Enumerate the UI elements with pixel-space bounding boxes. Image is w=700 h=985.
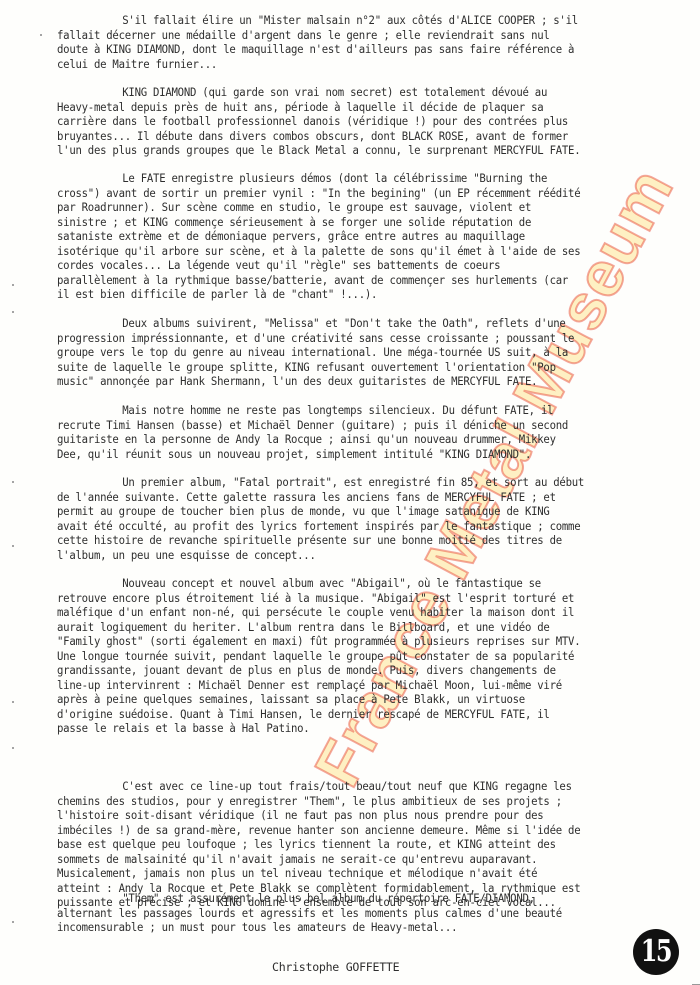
text-line: il est bien difficile de parler là de "c… xyxy=(57,287,645,302)
text-line: sinistre ; et KING commençe sérieusement… xyxy=(57,215,645,230)
text-line: grandissante, jouant devant de plus en p… xyxy=(57,663,645,678)
text-line: music" annonçée par Hank Shermann, l'un … xyxy=(57,374,645,389)
text-line: chemins des studios, pour y enregistrer … xyxy=(57,794,645,809)
scan-speck xyxy=(12,481,14,483)
text-line: maléfique d'un enfant non-né, qui perséc… xyxy=(57,605,645,620)
text-line: base est quelque peu loufoque ; les lyri… xyxy=(57,837,645,852)
page-number-badge: 15 xyxy=(633,929,679,975)
text-line: "Family ghost" (sorti également en maxi)… xyxy=(57,634,645,649)
text-line: alternant les passages lourds et agressi… xyxy=(57,906,645,921)
text-line: "Them" est assurément le plus bel album … xyxy=(57,891,645,906)
scan-speck xyxy=(12,284,14,286)
text-line: passe le relais et la basse à Hal Patino… xyxy=(57,721,645,736)
text-line: parallèlement à la rythmique basse/batte… xyxy=(57,273,645,288)
text-line: KING DIAMOND (qui garde son vrai nom sec… xyxy=(57,85,645,100)
text-line: cordes vocales... La légende veut qu'il … xyxy=(57,258,645,273)
paragraph-conclusion: "Them" est assurément le plus bel album … xyxy=(57,891,697,935)
text-line: incomensurable ; un must pour tous les a… xyxy=(57,920,645,935)
text-line: Heavy-metal depuis près de huit ans, pér… xyxy=(57,100,645,115)
text-line: guitariste en la personne de Andy la Roc… xyxy=(57,432,645,447)
text-line: retrouve encore plus étroitement lié à l… xyxy=(57,591,645,606)
scan-speck xyxy=(12,545,14,547)
scan-speck xyxy=(12,701,14,703)
text-line: par Roadrunner). Sur scène comme en stud… xyxy=(57,200,645,215)
text-line: fallait décerner une médaille d'argent d… xyxy=(57,28,645,43)
text-line: Mais notre homme ne reste pas longtemps … xyxy=(57,403,645,418)
text-line: sommets de malsainité qu'il n'avait jama… xyxy=(57,852,645,867)
scan-speck xyxy=(40,34,42,36)
text-line: après à peine quelques semaines, laissan… xyxy=(57,692,645,707)
text-line: imbéciles !) de sa grand-mère, revenue h… xyxy=(57,823,645,838)
text-line: Dee, qu'il réunit sous un nouveau projet… xyxy=(57,447,645,462)
text-line: line-up intervinrent : Michaël Denner es… xyxy=(57,678,645,693)
text-line: doute à KING DIAMOND, dont le maquillage… xyxy=(57,42,645,57)
paragraph-fate-demos: Le FATE enregistre plusieurs démos (dont… xyxy=(57,171,697,302)
magazine-page: France Metal Museum S'il fallait élire u… xyxy=(0,0,700,985)
text-line: Deux albums suivirent, "Melissa" et "Don… xyxy=(57,316,645,331)
paragraph-origins: KING DIAMOND (qui garde son vrai nom sec… xyxy=(57,85,697,158)
text-line: C'est avec ce line-up tout frais/tout be… xyxy=(57,779,645,794)
text-line: carrière dans le football professionnel … xyxy=(57,114,645,129)
text-line: groupe vers le top du genre au niveau in… xyxy=(57,345,645,360)
text-line: d'origine suédoise. Quant à Timi Hansen,… xyxy=(57,707,645,722)
paragraph-new-project: Mais notre homme ne reste pas longtemps … xyxy=(57,403,697,461)
text-line: bruyantes... Il débute dans divers combo… xyxy=(57,129,645,144)
text-line: Le FATE enregistre plusieurs démos (dont… xyxy=(57,171,645,186)
text-line: progression impréssionnante, et d'une cr… xyxy=(57,331,645,346)
scan-speck xyxy=(12,921,14,923)
text-line: S'il fallait élire un "Mister malsain n°… xyxy=(57,13,645,28)
text-line: cette histoire de revanche spirituelle p… xyxy=(57,533,645,548)
text-line: l'histoire soit-disant véridique (il ne … xyxy=(57,808,645,823)
text-line: Une longue tournée suivit, pendant laque… xyxy=(57,649,645,664)
text-line: Nouveau concept et nouvel album avec "Ab… xyxy=(57,576,645,591)
paragraph-abigail: Nouveau concept et nouvel album avec "Ab… xyxy=(57,576,697,736)
text-line: aurait logiquement du heriter. L'album r… xyxy=(57,620,645,635)
text-line: de l'année suivante. Cette galette rassu… xyxy=(57,490,645,505)
text-line: sataniste extrème et de démoniaque perve… xyxy=(57,229,645,244)
text-line: isotérique qu'il arbore sur scène, et à … xyxy=(57,244,645,259)
scan-speck xyxy=(12,311,14,313)
paragraph-two-albums: Deux albums suivirent, "Melissa" et "Don… xyxy=(57,316,697,389)
text-line: cross") avant de sortir un premier vynil… xyxy=(57,186,645,201)
text-line: Musicalement, jamais non plus un tel niv… xyxy=(57,866,645,881)
author-signature: Christophe GOFFETTE xyxy=(272,960,399,974)
scan-speck xyxy=(12,747,14,749)
page-number: 15 xyxy=(641,937,671,967)
paragraph-intro: S'il fallait élire un "Mister malsain n°… xyxy=(57,13,697,71)
text-line: Un premier album, "Fatal portrait", est … xyxy=(57,475,645,490)
paragraph-fatal-portrait: Un premier album, "Fatal portrait", est … xyxy=(57,475,697,562)
text-line: suite de laquelle le groupe splitte, KIN… xyxy=(57,360,645,375)
text-line: avait été occulté, au profit des lyrics … xyxy=(57,519,645,534)
paragraph-them: C'est avec ce line-up tout frais/tout be… xyxy=(57,779,697,910)
text-line: l'album, un peu une esquisse de concept.… xyxy=(57,548,645,563)
text-line: recrute Timi Hansen (basse) et Michaël D… xyxy=(57,418,645,433)
text-line: l'un des plus grands groupes que le Blac… xyxy=(57,143,645,158)
text-line: permit au groupe de toucher bien plus de… xyxy=(57,504,645,519)
text-line: celui de Maitre furnier... xyxy=(57,57,645,72)
